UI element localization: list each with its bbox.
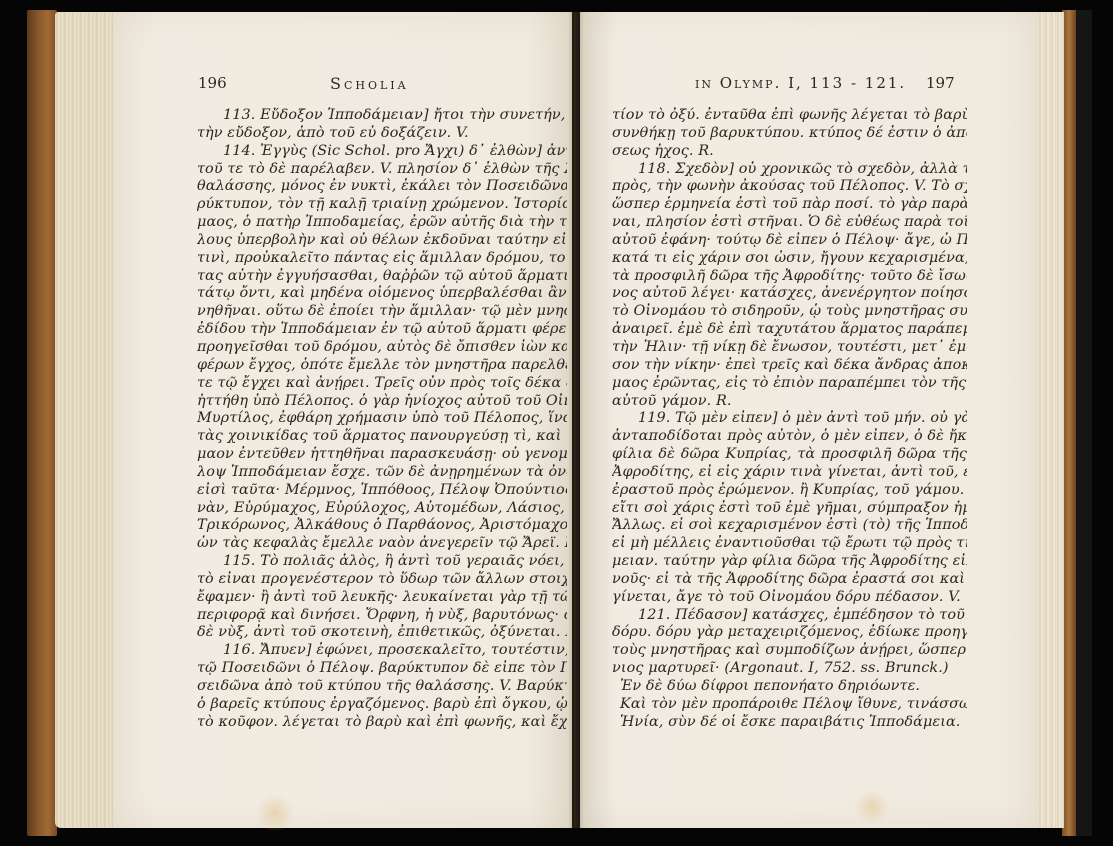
text-line: μαος, ὁ πατὴρ Ἱπποδαμείας, ἐρῶν αὐτῆς δι… [197,214,567,232]
text-line: Ἐν δὲ δύω δίφροι πεπονήατο δηριόωντε. [612,678,967,696]
text-line: Ἄλλως. εἰ σοὶ κεχαρισμένον ἐστὶ (τὸ) τῆς… [612,517,967,535]
text-line: ρύκτυπον, τὸν τῇ καλῇ τριαίνῃ χρώμενον. … [197,196,567,214]
text-line: 121. Πέδασον] κατάσχες, ἐμπέδησον τὸ τοῦ… [612,607,967,625]
text-line: νοῦς· εἰ τὰ τῆς Ἀφροδίτης δῶρα ἐραστά σο… [612,571,967,589]
text-line: θαλάσσης, μόνος ἐν νυκτὶ, ἐκάλει τὸν Ποσ… [197,178,567,196]
text-line: τῷ Ποσειδῶνι ὁ Πέλοψ. βαρύκτυπον δὲ εἶπε… [197,660,567,678]
text-line: τίον τὸ ὀξύ. ἐνταῦθα ἐπὶ φωνῆς λέγεται τ… [612,107,967,125]
text-line: ὁ βαρεῖς κτύπους ἐργαζόμενος. βαρὺ ἐπὶ ὄ… [197,696,567,714]
book-gutter [568,12,584,828]
text-line: 119. Τῷ μὲν εἶπεν] ὁ μὲν ἀντὶ τοῦ μήν. ο… [612,410,967,428]
text-line: σεως ἦχος. R. [612,143,967,161]
page-number-left: 196 [198,74,227,92]
text-line: κατά τι εἰς χάριν σοι ὦσιν, ἤγουν κεχαρι… [612,250,967,268]
text-line: ἀναιρεῖ. ἐμὲ δὲ ἐπὶ ταχυτάτου ἅρματος πα… [612,321,967,339]
right-page-edges [1038,12,1064,828]
text-line: Καὶ τὸν μὲν προπάροιθε Πέλοψ ἴθυνε, τινά… [612,696,967,714]
text-line: τάτῳ ὄντι, καὶ μηδένα οἰόμενος ὑπερβαλέσ… [197,285,567,303]
book-scan: 196 Scholia in Olymp. I, 113 - 121. 197 … [0,0,1113,846]
text-line: τὸ εἶναι προγενέστερον τὸ ὕδωρ τῶν ἄλλων… [197,571,567,589]
text-line: φέρων ἔγχος, ὁπότε ἔμελλε τὸν μνηστῆρα π… [197,357,567,375]
text-line: τε τῷ ἔγχει καὶ ἀνῄρει. Τρεῖς οὖν πρὸς τ… [197,375,567,393]
text-line: αὐτοῦ γάμον. R. [612,393,967,411]
text-line: λοψ Ἱπποδάμειαν ἔσχε. τῶν δὲ ἀνῃρημένων … [197,464,567,482]
text-line: λους ὑπερβολὴν καὶ οὐ θέλων ἐκδοῦναι ταύ… [197,232,567,250]
text-line: ναι, πλησίον ἐστὶ στῆναι. Ὁ δὲ εὐθέως πα… [612,214,967,232]
text-line: ἐδίδου τὴν Ἱπποδάμειαν ἐν τῷ αὐτοῦ ἅρματ… [197,321,567,339]
text-line: τὴν εὔδοξον, ἀπὸ τοῦ εὖ δοξάζειν. V. [197,125,567,143]
text-line: νηθῆναι. οὕτω δὲ ἐποίει τὴν ἅμιλλαν· τῷ … [197,303,567,321]
text-line: 116. Ἄπυεν] ἐφώνει, προσεκαλεῖτο, τουτέσ… [197,642,567,660]
text-line: συνθήκῃ τοῦ βαρυκτύπου. κτύπος δέ ἐστιν … [612,125,967,143]
left-page-text: 113. Εὔδοξον Ἱπποδάμειαν] ἤτοι τὴν συνετ… [197,107,567,732]
text-line: νὰν, Εὐρύμαχος, Εὐρύλοχος, Αὐτομέδων, Λά… [197,500,567,518]
text-line: Τρικόρωνος, Ἀλκάθους ὁ Παρθάονος, Ἀριστό… [197,517,567,535]
text-line: εἴτι σοὶ χάρις ἐστὶ τοῦ ἐμὲ γῆμαι, σύμπρ… [612,500,967,518]
text-line: τὰς χοινικίδας τοῦ ἅρματος πανουργεύσῃ τ… [197,428,567,446]
text-line: Ἡνία, σὺν δέ οἱ ἔσκε παραιβάτις Ἱπποδάμε… [612,714,967,732]
text-line: σειδῶνα ἀπὸ τοῦ κτύπου τῆς θαλάσσης. V. … [197,678,567,696]
text-line: τοὺς μνηστῆρας καὶ συμποδίζων ἀνῄρει, ὥσ… [612,642,967,660]
left-page-edges [55,12,113,828]
text-line: τὴν Ἦλιν· τῇ νίκῃ δὲ ἔνωσον, τουτέστι, μ… [612,339,967,357]
text-line: ὧν τὰς κεφαλὰς ἔμελλε ναὸν ἀνεγερεῖν τῷ … [197,535,567,553]
text-line: ἡττήθη ὑπὸ Πέλοπος. ὁ γὰρ ἡνίοχος αὐτοῦ … [197,393,567,411]
text-line: πρὸς, τὴν φωνὴν ἀκούσας τοῦ Πέλοπος. V. … [612,178,967,196]
text-line: ἐραστοῦ πρὸς ἐρώμενον. ἢ Κυπρίας, τοῦ γά… [612,482,967,500]
text-line: εἰσὶ ταῦτα· Μέρμνος, Ἱππόθοος, Πέλοψ Ὀπο… [197,482,567,500]
text-line: τοῦ τε τὸ δὲ παρέλαβεν. V. πλησίον δ᾽ ἐλ… [197,161,567,179]
text-line: 113. Εὔδοξον Ἱπποδάμειαν] ἤτοι τὴν συνετ… [197,107,567,125]
text-line: περιφορᾷ καὶ δινήσει. Ὄρφνη, ἡ νὺξ, βαρυ… [197,607,567,625]
text-line: ὥσπερ ἑρμηνεία ἐστὶ τοῦ πὰρ ποσί. τὸ γὰρ… [612,196,967,214]
text-line: φίλια δὲ δῶρα Κυπρίας, τὰ προσφιλῆ δῶρα … [612,446,967,464]
running-title-left: Scholia [330,74,409,93]
text-line: τὸ κοῦφον. λέγεται τὸ βαρὺ καὶ ἐπὶ φωνῆς… [197,714,567,732]
text-line: νος αὐτοῦ λέγει· κατάσχες, ἀνενέργητον π… [612,285,967,303]
text-line: τινὶ, προὐκαλεῖτο πάντας εἰς ἅμιλλαν δρό… [197,250,567,268]
text-line: Μυρτίλος, ἐφθάρη χρήμασιν ὑπὸ τοῦ Πέλοπο… [197,410,567,428]
paper-stain [255,795,295,831]
page-number-right: 197 [926,74,955,92]
text-line: δόρυ. δόρυ γὰρ μεταχειριζόμενος, ἐδίωκε … [612,624,967,642]
text-line: 118. Σχεδὸν] οὐ χρονικῶς τὸ σχεδὸν, ἀλλὰ… [612,161,967,179]
text-line: Ἀφροδίτης, εἰ εἰς χάριν τινὰ γίνεται, ἀν… [612,464,967,482]
left-cover [27,10,57,836]
text-line: μαος ἐρῶντας, εἰς τὸ ἐπιὸν παραπέμπει τὸ… [612,375,967,393]
right-page-text: τίον τὸ ὀξύ. ἐνταῦθα ἐπὶ φωνῆς λέγεται τ… [612,107,967,732]
text-line: γίνεται, ἄγε τὸ τοῦ Οἰνομάου δόρυ πέδασο… [612,589,967,607]
right-cover-shadow [1076,10,1092,836]
text-line: τας αὐτὴν ἐγγυήσασθαι, θαῤῥῶν τῷ αὐτοῦ ἅ… [197,268,567,286]
text-line: ἀνταποδίδοται πρὸς αὐτὸν, ὁ μὲν εἶπεν, ὁ… [612,428,967,446]
text-line: σον τὴν νίκην· ἐπεὶ τρεῖς καὶ δέκα ἄνδρα… [612,357,967,375]
text-line: εἰ μὴ μέλλεις ἐναντιοῦσθαι τῷ ἔρωτι τῷ π… [612,535,967,553]
text-line: 115. Τὸ πολιᾶς ἁλὸς, ἢ ἀντὶ τοῦ γεραιᾶς … [197,553,567,571]
text-line: τὰ προσφιλῆ δῶρα τῆς Ἀφροδίτης· τοῦτο δὲ… [612,268,967,286]
text-line: αὐτοῦ ἐφάνη· τούτῳ δὲ εἶπεν ὁ Πέλοψ· ἄγε… [612,232,967,250]
running-title-right: in Olymp. I, 113 - 121. [695,74,906,92]
text-line: μειαν. ταύτην γὰρ φίλια δῶρα τῆς Ἀφροδίτ… [612,553,967,571]
text-line: νιος μαρτυρεῖ· (Argonaut. I, 752. ss. Br… [612,660,967,678]
text-line: προηγεῖσθαι τοῦ δρόμου, αὐτὸς δὲ ὄπισθεν… [197,339,567,357]
text-line: τὸ Οἰνομάου τὸ σιδηροῦν, ᾧ τοὺς μνηστῆρα… [612,303,967,321]
text-line: δὲ νὺξ, ἀντὶ τοῦ σκοτεινὴ, ἐπιθετικῶς, ὀ… [197,624,567,642]
text-line: 114. Ἐγγὺς (Sic Schol. pro Ἄγχι) δ᾽ ἐλθὼ… [197,143,567,161]
text-line: μαον ἐντεῦθεν ἡττηθῆναι παρασκευάσῃ· οὗ … [197,446,567,464]
paper-stain [855,790,889,824]
right-cover [1062,10,1076,836]
text-line: ἔφαμεν· ἢ ἀντὶ τοῦ λευκῆς· λευκαίνεται γ… [197,589,567,607]
